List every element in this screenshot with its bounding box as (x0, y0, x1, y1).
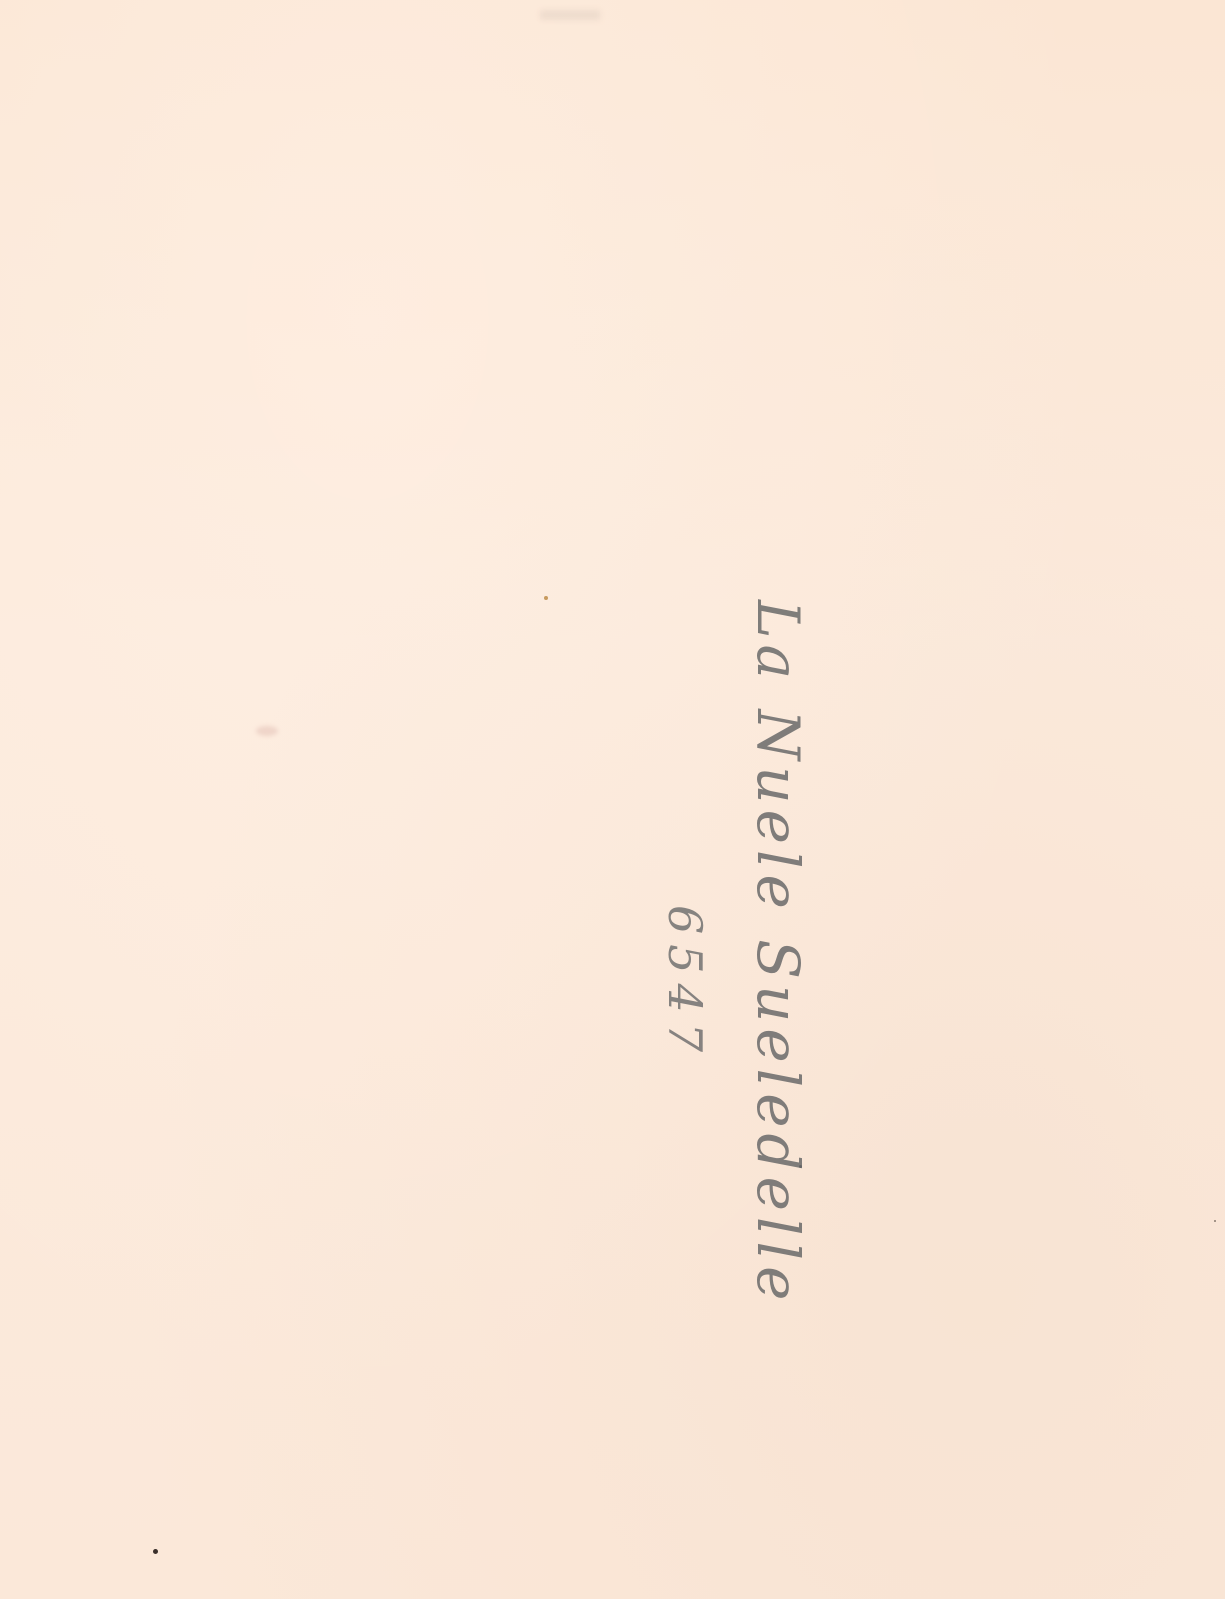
ink-speck (153, 1549, 158, 1554)
ink-speck (1214, 1220, 1216, 1222)
handwritten-number: 6547 (658, 905, 712, 1062)
paper-sheet: La Nuele Sueledelle 6547 (0, 0, 1225, 1599)
ink-speck (544, 596, 548, 600)
handwritten-title: La Nuele Sueledelle (744, 600, 812, 1306)
faint-marks (540, 10, 600, 20)
pink-smudge (256, 726, 278, 736)
